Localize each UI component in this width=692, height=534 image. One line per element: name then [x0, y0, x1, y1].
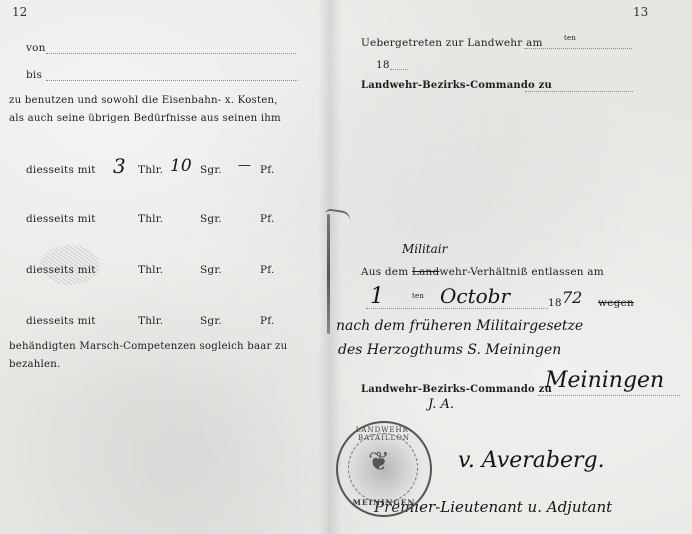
command-line-bottom: Landwehr-Bezirks-Commando zu: [361, 384, 552, 395]
discharge-ten-suffix: ten: [412, 292, 424, 300]
pf-label: Pf.: [260, 315, 275, 327]
sgr-label: Sgr.: [200, 164, 222, 176]
discharge-day-handwritten: 1: [370, 284, 384, 309]
pf-label: Pf.: [260, 213, 275, 225]
coat-of-arms-icon: ❦: [368, 449, 390, 475]
pf-label: Pf.: [260, 264, 275, 276]
closing-line-2: bezahlen.: [9, 359, 60, 370]
pf-value-handwritten: —: [238, 158, 251, 173]
discharge-rest: wehr-Verhältniß entlassen am: [439, 266, 603, 278]
discharge-date-field: [366, 308, 548, 309]
handwritten-militair: Militair: [402, 242, 447, 256]
discharge-line: Aus dem Landwehr-Verhältniß entlassen am: [361, 266, 604, 278]
paragraph-line-2: als auch seine übrigen Bedürfnisse aus s…: [9, 113, 281, 124]
command-place-field-top: [525, 91, 633, 92]
payment-row-label: diesseits mit: [26, 264, 96, 276]
pf-label: Pf.: [260, 164, 275, 176]
closing-line-1: behändigten Marsch-Competenzen sogleich …: [9, 341, 287, 352]
bis-field: [46, 80, 298, 81]
thlr-label: Thlr.: [138, 315, 163, 327]
thlr-label: Thlr.: [138, 164, 163, 176]
discharge-struck-word: Land: [412, 266, 440, 278]
command-line-top: Landwehr-Bezirks-Commando zu: [361, 80, 552, 91]
sgr-value-handwritten: 10: [170, 156, 192, 176]
von-label: von: [26, 42, 46, 54]
payment-row-label: diesseits mit: [26, 164, 96, 176]
discharge-year-handwritten: 72: [562, 288, 582, 307]
thlr-value-handwritten: 3: [113, 154, 126, 178]
stamp-top-text: LANDWEHR-BATAILLON: [338, 426, 430, 442]
paragraph-line-1: zu benutzen und sowohl die Eisenbahn- x.…: [9, 95, 278, 106]
stamp-bottom-text: MEININGEN: [338, 498, 430, 507]
discharge-month-handwritten: Octobr: [440, 284, 510, 308]
page-number-right: 13: [633, 5, 648, 19]
bis-label: bis: [26, 69, 42, 81]
payment-row-label: diesseits mit: [26, 213, 96, 225]
reason-line-1-handwritten: nach dem früheren Militairgesetze: [336, 318, 583, 334]
signature-name: v. Averaberg.: [458, 448, 605, 473]
reason-line-2-handwritten: des Herzogthums S. Meiningen: [338, 342, 561, 358]
transfer-year-field: [390, 69, 408, 70]
command-place-handwritten: Meiningen: [545, 368, 664, 393]
von-field: [46, 53, 296, 54]
official-stamp: LANDWEHR-BATAILLON ❦ MEININGEN: [336, 421, 432, 517]
left-page: 12 von bis zu benutzen und sowohl die Ei…: [0, 0, 330, 534]
thlr-label: Thlr.: [138, 213, 163, 225]
sgr-label: Sgr.: [200, 315, 222, 327]
command-abbrev-handwritten: J. A.: [428, 397, 454, 412]
payment-row-label: diesseits mit: [26, 315, 96, 327]
transfer-ten-suffix: ten: [564, 34, 576, 42]
command-place-field-bottom: [538, 395, 680, 396]
discharge-prefix: Aus dem: [361, 266, 412, 278]
page-number-left: 12: [12, 5, 27, 19]
thlr-label: Thlr.: [138, 264, 163, 276]
sgr-label: Sgr.: [200, 213, 222, 225]
sgr-label: Sgr.: [200, 264, 222, 276]
discharge-wegen-struck: wegen: [598, 297, 634, 309]
transfer-year-prefix: 18: [376, 59, 390, 71]
transfer-line: Uebergetreten zur Landwehr am: [361, 37, 543, 49]
transfer-date-field: [524, 48, 632, 49]
discharge-year-prefix: 18: [548, 297, 562, 309]
document-spread: 12 von bis zu benutzen und sowohl die Ei…: [0, 0, 692, 534]
